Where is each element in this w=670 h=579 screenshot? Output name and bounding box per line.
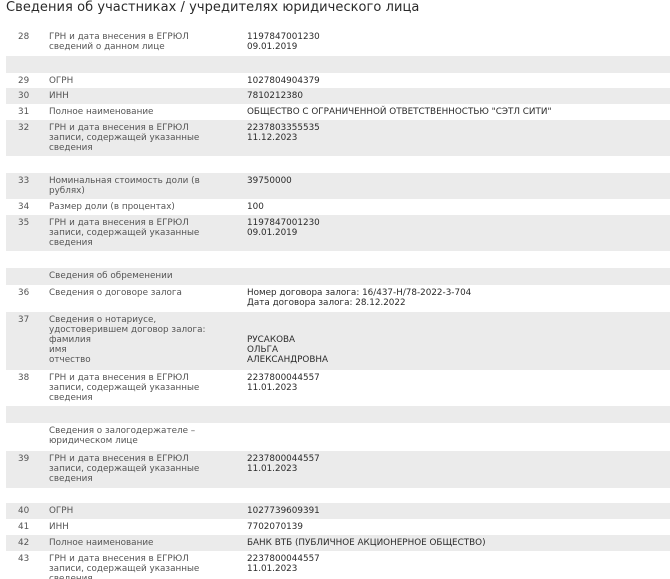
table-row: 35ГРН и дата внесения в ЕГРЮЛзаписи, сод… (6, 215, 670, 251)
row-label: Полное наименование (49, 107, 229, 117)
row-number: 34 (18, 202, 38, 212)
row-value: 7810212380 (247, 91, 303, 101)
table-row: 34Размер доли (в процентах)100 (6, 199, 670, 215)
row-label: ИНН (49, 91, 229, 101)
section-title: Сведения об участниках / учредителях юри… (6, 0, 419, 16)
section-header-row: Сведения о залогодержателе –юридическом … (6, 423, 670, 451)
row-number: 36 (18, 288, 38, 298)
table-row: 31Полное наименованиеОБЩЕСТВО С ОГРАНИЧЕ… (6, 104, 670, 120)
row-label: Сведения о залогодержателе –юридическом … (49, 426, 229, 446)
section-spacer (6, 156, 670, 173)
table-row: 28ГРН и дата внесения в ЕГРЮЛсведений о … (6, 29, 670, 56)
row-value: 119784700123009.01.2019 (247, 32, 320, 52)
table-row: 40ОГРН1027739609391 (6, 503, 670, 519)
row-label: Сведения о нотариусе,удостоверившем дого… (49, 315, 229, 365)
table-row: 33Номинальная стоимость доли (врублях)39… (6, 173, 670, 199)
row-number: 39 (18, 454, 38, 464)
table-row: 39ГРН и дата внесения в ЕГРЮЛзаписи, сод… (6, 451, 670, 488)
row-value: 1027739609391 (247, 506, 320, 516)
row-value: ОБЩЕСТВО С ОГРАНИЧЕННОЙ ОТВЕТСТВЕННОСТЬЮ… (247, 107, 552, 117)
table-row: 37Сведения о нотариусе,удостоверившем до… (6, 312, 670, 370)
section-header-row: Сведения об обременении (6, 268, 670, 285)
table-row: 43ГРН и дата внесения в ЕГРЮЛзаписи, сод… (6, 551, 670, 579)
table-row: 41ИНН7702070139 (6, 519, 670, 535)
row-label: Сведения о договоре залога (49, 288, 229, 298)
row-number: 31 (18, 107, 38, 117)
table-row: 42Полное наименованиеБАНК ВТБ (ПУБЛИЧНОЕ… (6, 535, 670, 551)
row-value: 223780004455711.01.2023 (247, 373, 320, 393)
row-value: 119784700123009.01.2019 (247, 218, 320, 238)
row-value: 100 (247, 202, 264, 212)
row-label: ГРН и дата внесения в ЕГРЮЛзаписи, содер… (49, 554, 229, 579)
row-number: 43 (18, 554, 38, 564)
row-value: 39750000 (247, 176, 292, 186)
row-number: 37 (18, 315, 38, 325)
section-spacer (6, 251, 670, 268)
row-number: 35 (18, 218, 38, 228)
row-label: ОГРН (49, 76, 229, 86)
row-number: 28 (18, 32, 38, 42)
section-spacer (6, 56, 670, 73)
row-label: Полное наименование (49, 538, 229, 548)
table-row: 30ИНН7810212380 (6, 88, 670, 104)
participants-table: 28ГРН и дата внесения в ЕГРЮЛсведений о … (6, 29, 670, 579)
row-value: БАНК ВТБ (ПУБЛИЧНОЕ АКЦИОНЕРНОЕ ОБЩЕСТВО… (247, 538, 486, 548)
row-label: ГРН и дата внесения в ЕГРЮЛзаписи, содер… (49, 373, 229, 403)
row-label: ИНН (49, 522, 229, 532)
row-label: ГРН и дата внесения в ЕГРЮЛзаписи, содер… (49, 218, 229, 248)
table-row: 29ОГРН1027804904379 (6, 73, 670, 88)
row-number: 38 (18, 373, 38, 383)
row-value: 223780004455711.01.2023 (247, 554, 320, 574)
row-number: 29 (18, 76, 38, 86)
row-number: 33 (18, 176, 38, 186)
row-value: РУСАКОВАОЛЬГААЛЕКСАНДРОВНА (247, 315, 328, 365)
table-row: 32ГРН и дата внесения в ЕГРЮЛзаписи, сод… (6, 120, 670, 156)
row-label: ГРН и дата внесения в ЕГРЮЛсведений о да… (49, 32, 229, 52)
row-number: 30 (18, 91, 38, 101)
row-value: 223780004455711.01.2023 (247, 454, 320, 474)
row-value: Номер договора залога: 16/437-Н/78-2022-… (247, 288, 471, 308)
row-label: ОГРН (49, 506, 229, 516)
row-label: Размер доли (в процентах) (49, 202, 229, 212)
row-label: Номинальная стоимость доли (врублях) (49, 176, 229, 196)
table-row: 36Сведения о договоре залогаНомер догово… (6, 285, 670, 312)
row-value: 223780335553511.12.2023 (247, 123, 320, 143)
row-label: ГРН и дата внесения в ЕГРЮЛзаписи, содер… (49, 454, 229, 484)
row-value: 7702070139 (247, 522, 303, 532)
table-row: 38ГРН и дата внесения в ЕГРЮЛзаписи, сод… (6, 370, 670, 406)
section-spacer (6, 406, 670, 423)
row-number: 42 (18, 538, 38, 548)
section-spacer (6, 488, 670, 503)
row-label: ГРН и дата внесения в ЕГРЮЛзаписи, содер… (49, 123, 229, 153)
row-number: 41 (18, 522, 38, 532)
row-number: 40 (18, 506, 38, 516)
row-number: 32 (18, 123, 38, 133)
row-value: 1027804904379 (247, 76, 320, 86)
row-label: Сведения об обременении (49, 271, 229, 281)
